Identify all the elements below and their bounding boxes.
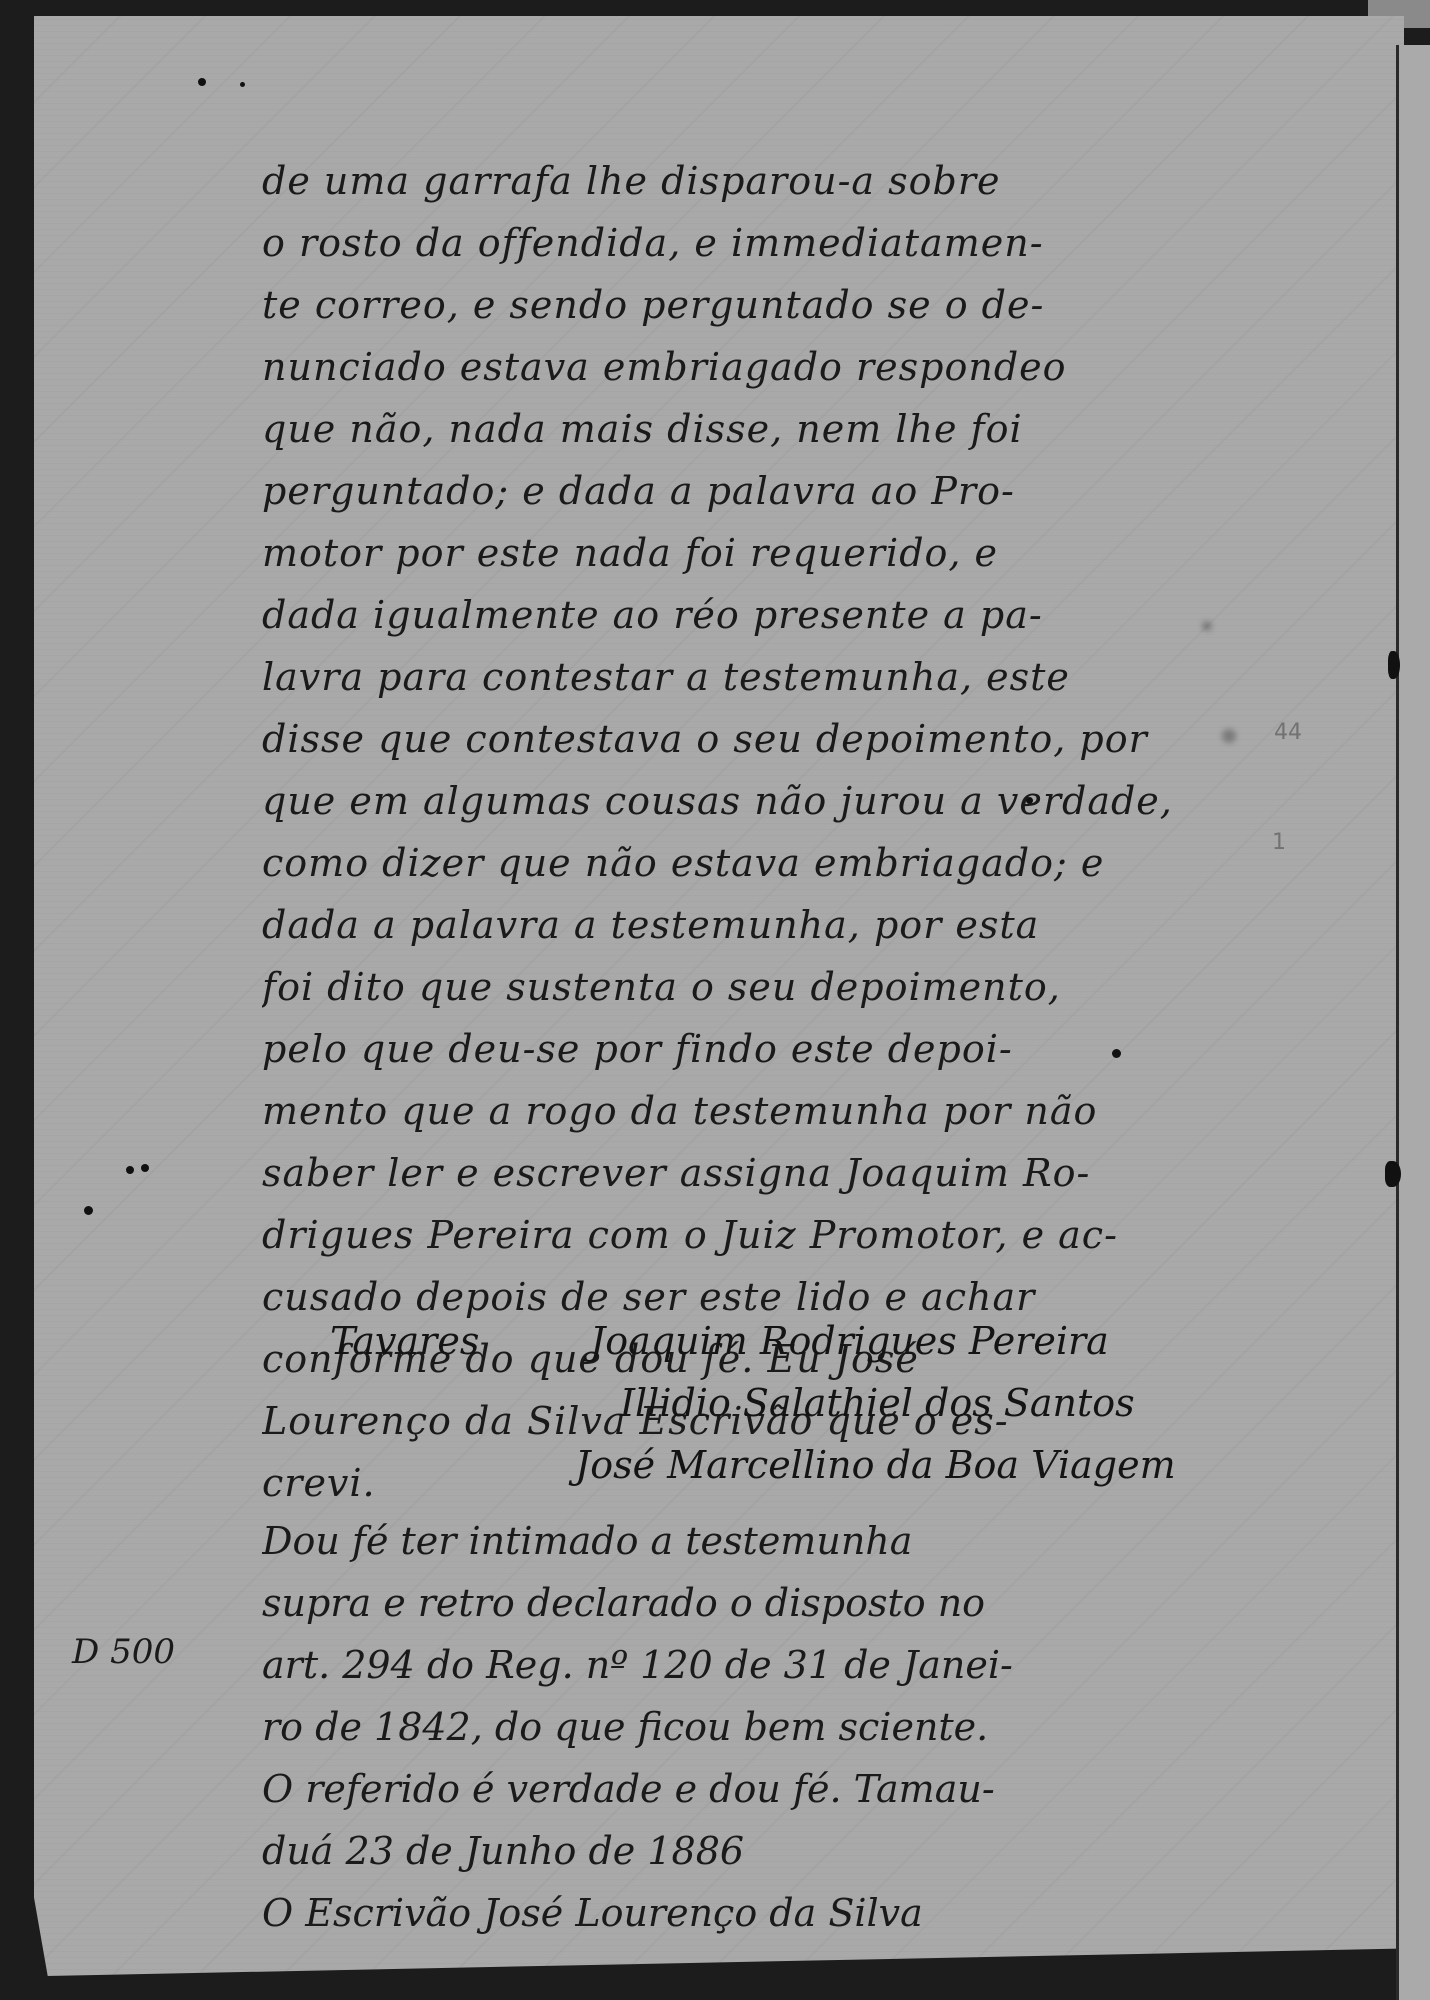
certificate-line: supra e retro declarado o disposto no bbox=[262, 1572, 1202, 1634]
body-line: foi dito que sustenta o seu depoimento, bbox=[262, 956, 1202, 1018]
adjacent-page-edge bbox=[1396, 45, 1430, 2000]
page-edge-notch bbox=[1385, 1161, 1401, 1187]
signature-row: Tavares Joaquim Rodrigues Pereira bbox=[330, 1310, 1210, 1372]
signature-row: Illidio Salathiel dos Santos bbox=[330, 1372, 1210, 1434]
ink-dot bbox=[84, 1206, 93, 1215]
body-line: de uma garrafa lhe disparou-a sobre bbox=[262, 150, 1202, 212]
body-line: te correo, e sendo perguntado se o de- bbox=[262, 274, 1202, 336]
ink-smudge bbox=[1202, 621, 1212, 631]
ink-dot bbox=[240, 82, 245, 87]
body-line: dada igualmente ao réo presente a pa- bbox=[262, 584, 1202, 646]
certificate-line: Dou fé ter intimado a testemunha bbox=[262, 1510, 1202, 1572]
signature-row: José Marcellino da Boa Viagem bbox=[330, 1434, 1210, 1496]
body-line: como dizer que não estava embriagado; e bbox=[262, 832, 1202, 894]
body-line: drigues Pereira com o Juiz Promotor, e a… bbox=[262, 1204, 1202, 1266]
body-line: disse que contestava o seu depoimento, p… bbox=[262, 708, 1202, 770]
certificate-line: O Escrivão José Lourenço da Silva bbox=[262, 1882, 1202, 1944]
ink-dot bbox=[141, 1164, 149, 1172]
pencil-mark-folio: 44 bbox=[1274, 720, 1302, 745]
body-line: nunciado estava embriagado respondeo bbox=[262, 336, 1202, 398]
body-line: o rosto da offendida, e immediatamen- bbox=[262, 212, 1202, 274]
certificate-line: ro de 1842, do que ficou bem sciente. bbox=[262, 1696, 1202, 1758]
certificate-of-notice: Dou fé ter intimado a testemunha supra e… bbox=[262, 1510, 1202, 1944]
body-line: saber ler e escrever assigna Joaquim Ro- bbox=[262, 1142, 1202, 1204]
pencil-mark-tick: 1 bbox=[1272, 830, 1286, 855]
certificate-line: duá 23 de Junho de 1886 bbox=[262, 1820, 1202, 1882]
certificate-line: art. 294 do Reg. nº 120 de 31 de Janei- bbox=[262, 1634, 1202, 1696]
ink-dot bbox=[198, 78, 206, 86]
scanned-document: 44 1 de uma garrafa lhe disparou-a sobre… bbox=[0, 0, 1430, 2000]
margin-note-fee: D 500 bbox=[72, 1632, 175, 1672]
body-line: pelo que deu-se por findo este depoi- bbox=[262, 1018, 1202, 1080]
body-line: que em algumas cousas não jurou a verdad… bbox=[262, 770, 1202, 832]
body-line: dada a palavra a testemunha, por esta bbox=[262, 894, 1202, 956]
certificate-line: O referido é verdade e dou fé. Tamau- bbox=[262, 1758, 1202, 1820]
ink-smudge bbox=[1222, 729, 1236, 743]
body-line: motor por este nada foi requerido, e bbox=[262, 522, 1202, 584]
signature-block: Tavares Joaquim Rodrigues Pereira Illidi… bbox=[330, 1310, 1210, 1496]
body-line: mento que a rogo da testemunha por não bbox=[262, 1080, 1202, 1142]
page-edge-notch bbox=[1388, 651, 1400, 679]
signature-promoter: Illidio Salathiel dos Santos bbox=[620, 1372, 1135, 1434]
signature-accused: José Marcellino da Boa Viagem bbox=[575, 1434, 1176, 1496]
body-line: que não, nada mais disse, nem lhe foi bbox=[262, 398, 1202, 460]
ink-dot bbox=[126, 1166, 134, 1174]
signature-judge: Tavares bbox=[330, 1310, 479, 1372]
body-line: perguntado; e dada a palavra ao Pro- bbox=[262, 460, 1202, 522]
signature-witness-proxy: Joaquim Rodrigues Pereira bbox=[590, 1310, 1109, 1372]
body-line: lavra para contestar a testemunha, este bbox=[262, 646, 1202, 708]
